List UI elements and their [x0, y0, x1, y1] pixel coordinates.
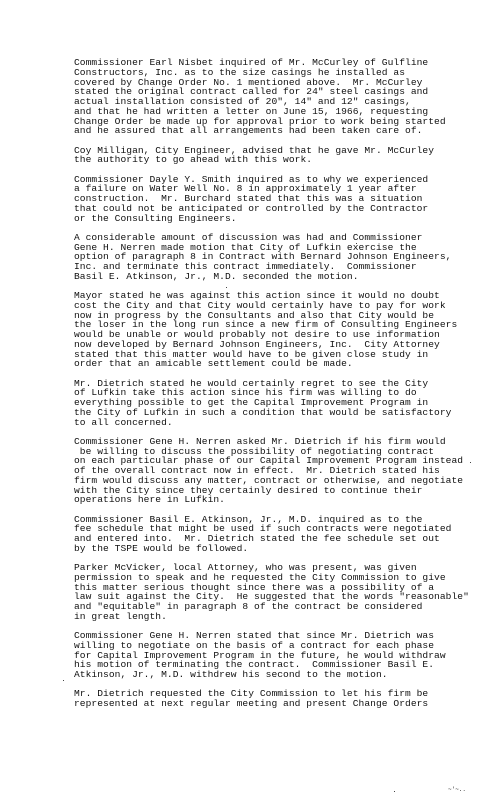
page-corner-mark: ~'~..	[448, 786, 466, 793]
scan-speck	[470, 462, 471, 463]
paragraph: A considerable amount of discussion was …	[74, 233, 474, 282]
paragraph: Mr. Dietrich stated he would certainly r…	[74, 379, 474, 428]
scan-speck	[63, 680, 64, 681]
text-line: to all concerned.	[74, 418, 474, 428]
paragraph: Mayor stated he was against this action …	[74, 291, 474, 369]
scan-speck	[226, 287, 227, 288]
text-line: operations here in Lufkin.	[74, 495, 474, 505]
text-line: and he assured that all arrangements had…	[74, 126, 474, 136]
scan-speck	[394, 791, 395, 792]
text-line: Basil E. Atkinson, Jr., M.D. seconded th…	[74, 272, 474, 282]
scan-speck	[356, 243, 357, 244]
paragraph: Commissioner Gene H. Nerren stated that …	[74, 631, 474, 680]
paragraph: Coy Milligan, City Engineer, advised tha…	[74, 146, 474, 166]
text-line: by the TSPE would be followed.	[74, 544, 474, 554]
document-page: Commissioner Earl Nisbet inquired of Mr.…	[0, 0, 480, 800]
paragraph: Parker McVicker, local Attorney, who was…	[74, 563, 474, 622]
text-line: order that an amicable settlement could …	[74, 359, 474, 369]
text-line: the authority to go ahead with this work…	[74, 155, 474, 165]
paragraph: Commissioner Gene H. Nerren asked Mr. Di…	[74, 437, 474, 505]
paragraph: Mr. Dietrich requested the City Commissi…	[74, 689, 474, 709]
text-line: in great length.	[74, 612, 474, 622]
document-body: Commissioner Earl Nisbet inquired of Mr.…	[74, 58, 474, 718]
paragraph: Commissioner Basil E. Atkinson, Jr., M.D…	[74, 515, 474, 554]
paragraph: Commissioner Dayle Y. Smith inquired as …	[74, 175, 474, 224]
text-line: Atkinson, Jr., M.D. withdrew his second …	[74, 670, 474, 680]
text-line: represented at next regular meeting and …	[74, 699, 474, 709]
text-line: or the Consulting Engineers.	[74, 214, 474, 224]
paragraph: Commissioner Earl Nisbet inquired of Mr.…	[74, 58, 474, 136]
